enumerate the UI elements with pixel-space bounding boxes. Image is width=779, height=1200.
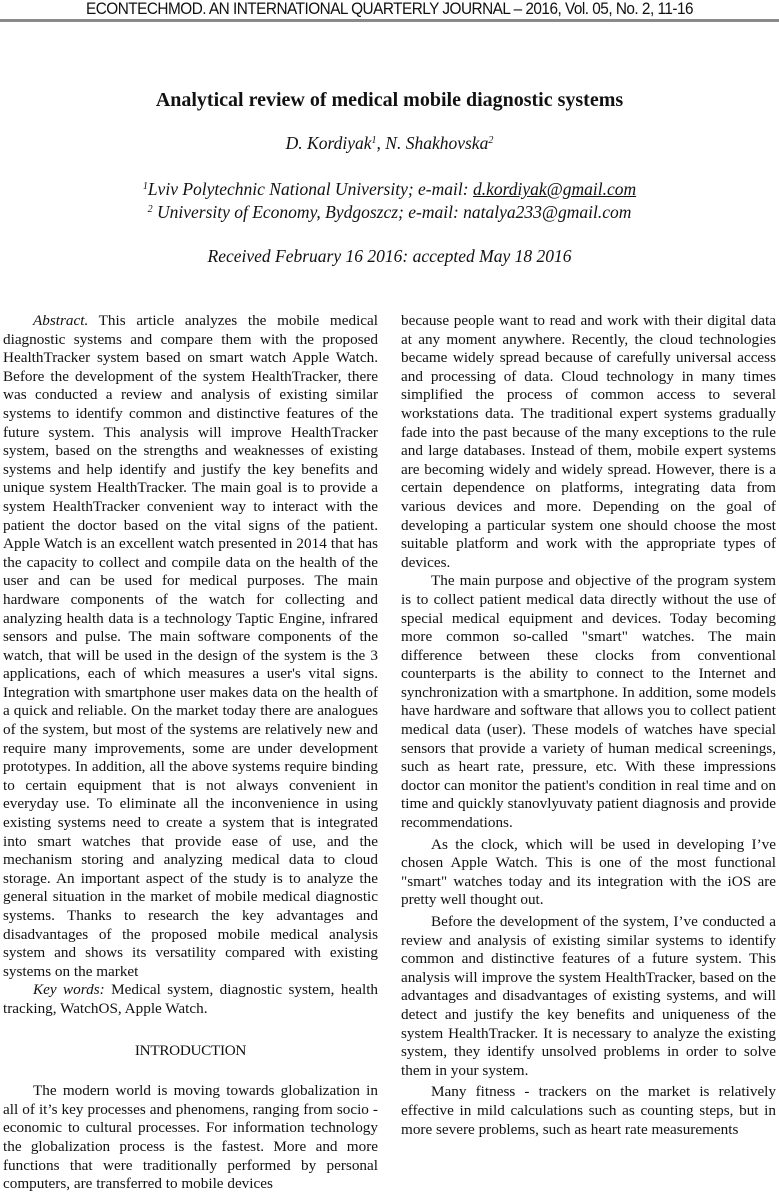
abstract-text: This article analyzes the mobile medical… <box>3 312 378 980</box>
paper-title: Analytical review of medical mobile diag… <box>0 87 779 113</box>
author-affiliation-marker: 1 <box>372 135 377 146</box>
author-separator: , <box>377 133 386 153</box>
affiliation-1: 1Lviv Polytechnic National University; e… <box>0 178 779 200</box>
author-affiliation-marker: 2 <box>488 135 493 146</box>
email-link[interactable]: d.kordiyak@gmail.com <box>473 179 636 199</box>
left-column: Abstract. This article analyzes the mobi… <box>3 312 378 1194</box>
authors-line: D. Kordiyak1, N. Shakhovska2 <box>0 132 779 154</box>
body-paragraph: The modern world is moving towards globa… <box>3 1082 378 1194</box>
received-dates: Received February 16 2016: accepted May … <box>0 245 779 267</box>
section-heading-introduction: INTRODUCTION <box>3 1042 378 1061</box>
body-paragraph: The main purpose and objective of the pr… <box>401 572 776 832</box>
affiliation-marker: 1 <box>143 181 148 192</box>
author-name: D. Kordiyak <box>286 133 372 153</box>
body-paragraph: As the clock, which will be used in deve… <box>401 836 776 910</box>
abstract-paragraph: Abstract. This article analyzes the mobi… <box>3 312 378 981</box>
header-rule <box>0 19 779 22</box>
right-column: because people want to read and work wit… <box>401 312 776 1139</box>
affiliation-text: University of Economy, Bydgoszcz; e-mail… <box>153 202 464 222</box>
affiliation-text: Lviv Polytechnic National University; e-… <box>148 179 473 199</box>
author-name: N. Shakhovska <box>385 133 488 153</box>
email-address: natalya233@gmail.com <box>463 202 631 222</box>
body-paragraph-continuation: because people want to read and work wit… <box>401 312 776 572</box>
body-paragraph: Many fitness - trackers on the market is… <box>401 1083 776 1139</box>
keywords-label: Key words: <box>33 981 105 998</box>
affiliation-marker: 2 <box>148 204 153 215</box>
affiliation-2: 2 University of Economy, Bydgoszcz; e-ma… <box>0 201 779 223</box>
body-paragraph: Before the development of the system, I’… <box>401 913 776 1080</box>
keywords-paragraph: Key words: Medical system, diagnostic sy… <box>3 981 378 1018</box>
running-head: ECONTECHMOD. AN INTERNATIONAL QUARTERLY … <box>27 0 751 19</box>
abstract-label: Abstract. <box>33 312 88 329</box>
